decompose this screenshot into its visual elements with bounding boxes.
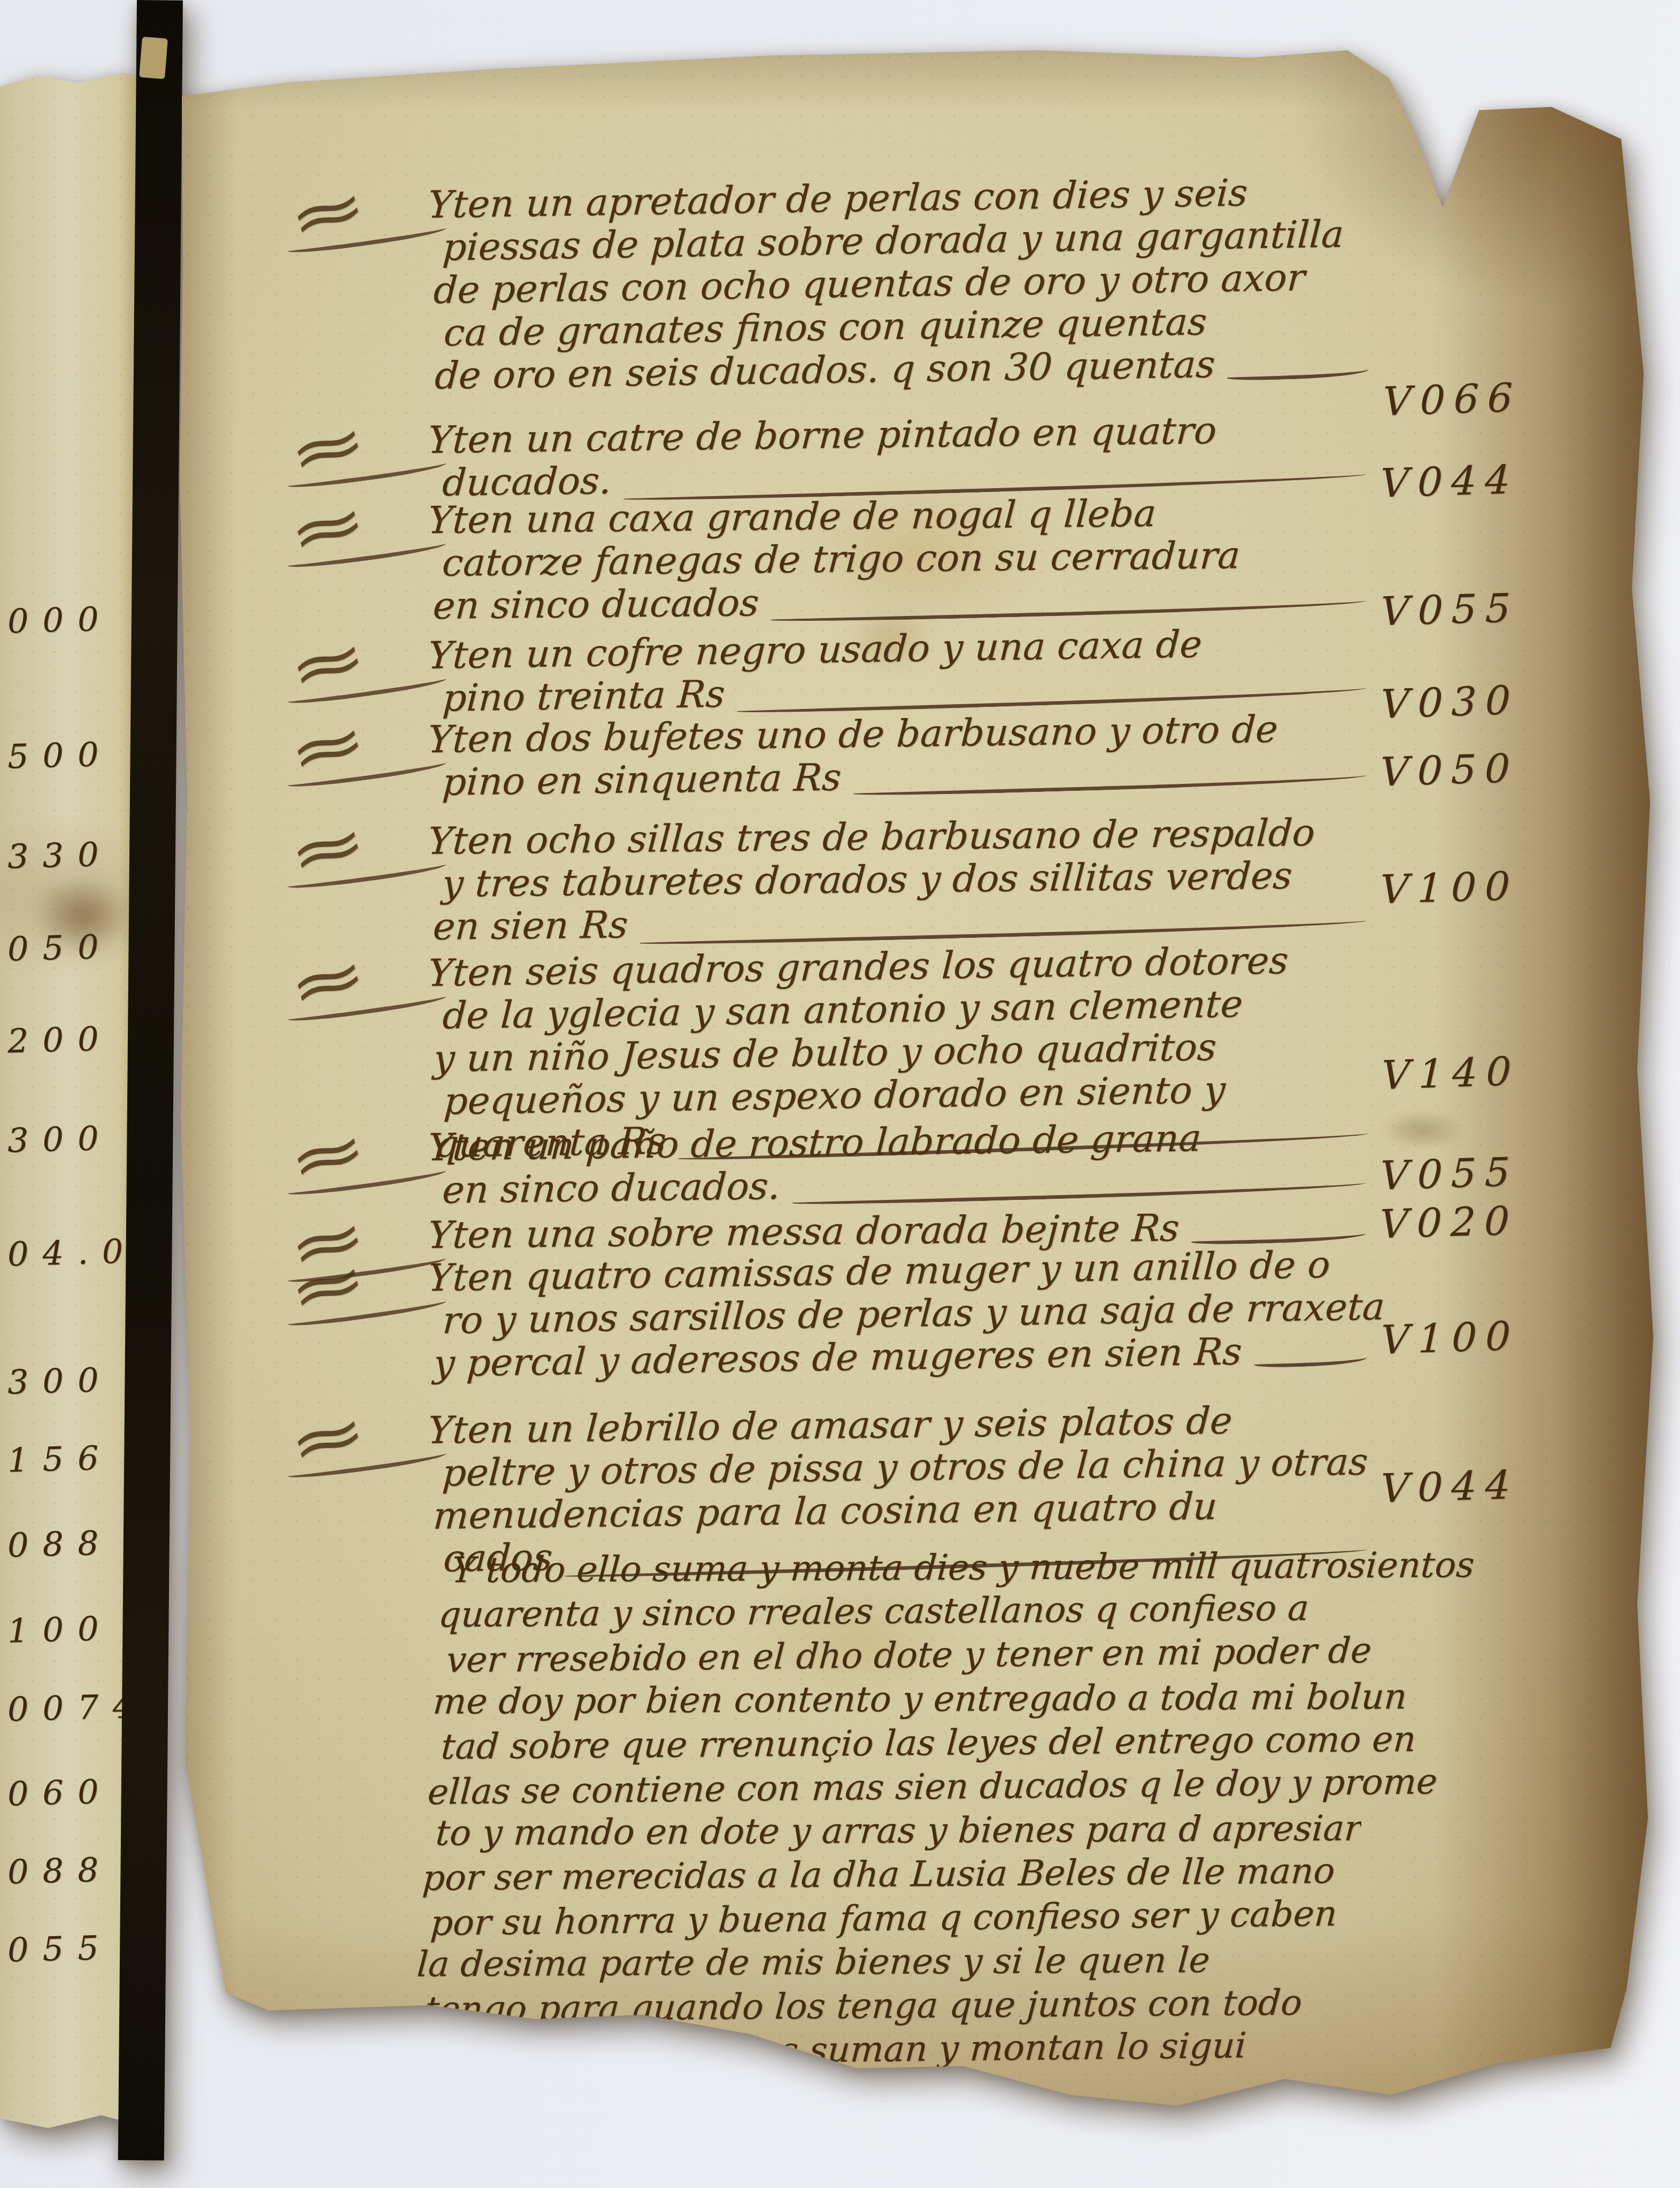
inventory-entry: ≈Yten un apretador de perlas con dies y … — [428, 170, 1372, 397]
margin-amount-number: 100 — [7, 1608, 113, 1650]
closing-paragraph-line: ver rresebido en el dho dote y tener en … — [446, 1630, 1372, 1681]
baseline-rule — [853, 773, 1367, 797]
closing-paragraph-line: tad sobre que rrenunçio las leyes del en… — [441, 1719, 1416, 1767]
entry-amount: V044 — [1380, 457, 1520, 507]
entry-amount: V100 — [1380, 863, 1519, 913]
entry-line: en sinco ducados — [433, 575, 1370, 627]
inventory-entry: ≈Yten ocho sillas tres de barbusano de r… — [428, 811, 1370, 948]
closing-line-text: la desima parte de mis bienes y si le qu… — [417, 1939, 1210, 1985]
manuscript-page: ≈Yten un apretador de perlas con dies y … — [176, 47, 1658, 2122]
entry-amount: V055 — [1380, 1149, 1519, 1199]
closing-line-text: ver rresebido en el dho dote y tener en … — [446, 1630, 1372, 1681]
entry-amount: V050 — [1380, 745, 1519, 796]
inventory-entry: ≈Yten un cofre negro usado y una caxa de… — [428, 620, 1370, 720]
margin-amount-number: 500 — [7, 734, 113, 776]
entry-amount: V140 — [1381, 1048, 1520, 1098]
entry-line-text: en sinco ducados. — [441, 1165, 781, 1212]
entry-line-text: catorze fanegas de trigo con su cerradur… — [441, 534, 1242, 584]
closing-paragraph-line: ellas se contiene con mas sien ducados q… — [428, 1761, 1438, 1813]
margin-amount-number: 088 — [7, 1850, 113, 1891]
inventory-entry: ≈Yten un catre de borne pintado en quatr… — [428, 407, 1370, 504]
baseline-rule — [792, 1180, 1366, 1206]
closing-line-text: me doy por bien contento y entregado a t… — [433, 1676, 1407, 1722]
margin-amount-number: 088 — [7, 1523, 113, 1565]
closing-line-text: tad sobre que rrenunçio las leyes del en… — [441, 1719, 1416, 1767]
closing-paragraph-line: to y mando en dote y arras y bienes para… — [436, 1807, 1361, 1853]
closing-paragraph-line: arriba dotales y arras suman y montan lo… — [412, 2025, 1247, 2075]
manuscript-scan: 00050033005020030004.0300156088100007406… — [0, 0, 1680, 2188]
inventory-entry: ≈Yten una caxa grande de nogal q llebaca… — [428, 490, 1370, 627]
closing-paragraph-line: quarenta y sinco rreales castellanos q c… — [438, 1588, 1309, 1636]
baseline-rule — [770, 598, 1367, 623]
inventory-entry: ≈Yten un paño de rostro labrado de grana… — [428, 1114, 1370, 1211]
closing-paragraph-line: Y todo ello suma y monta dies y nuebe mi… — [452, 1544, 1475, 1591]
entry-amount: V020 — [1379, 1198, 1519, 1247]
closing-paragraph-line: me doy por bien contento y entregado a t… — [433, 1676, 1407, 1722]
closing-paragraph-line: por ser merecidas a la dha Lusia Beles d… — [422, 1850, 1335, 1898]
entry-amount: V100 — [1381, 1313, 1520, 1363]
entry-amount: V055 — [1380, 585, 1520, 635]
baseline-rule — [1227, 367, 1369, 381]
closing-line-text: por ser merecidas a la dha Lusia Beles d… — [422, 1850, 1335, 1898]
closing-line-text: arriba dotales y arras suman y montan lo… — [412, 2025, 1247, 2075]
closing-line-text: tengo para quando los tenga que juntos c… — [425, 1982, 1303, 2030]
closing-line-text: ellas se contiene con mas sien ducados q… — [428, 1761, 1438, 1813]
entry-line-text: en sinco ducados — [432, 581, 760, 627]
margin-amount-number: 050 — [7, 927, 113, 968]
margin-amount-number: 04.0 — [7, 1231, 137, 1274]
entry-amount: V066 — [1382, 374, 1521, 425]
closing-paragraph-line: la desima parte de mis bienes y si le qu… — [417, 1939, 1210, 1985]
closing-line-text: quarenta y sinco rreales castellanos q c… — [438, 1588, 1309, 1636]
entry-line-text: Yten un catre de borne pintado en quatro — [427, 409, 1217, 461]
handwritten-text-layer: ≈Yten un apretador de perlas con dies y … — [176, 47, 1658, 2122]
closing-paragraph-line: por su honrra y buena fama q confieso se… — [430, 1893, 1337, 1944]
margin-amount-number: 060 — [7, 1771, 113, 1813]
entry-line-text: pino en sinquenta Rs — [441, 756, 843, 804]
margin-amount-number: 000 — [7, 599, 113, 641]
margin-amount-number: 300 — [7, 1118, 113, 1160]
entry-line: catorze fanegas de trigo con su cerradur… — [442, 533, 1370, 584]
entry-amount: V044 — [1380, 1462, 1520, 1512]
margin-amount-number: 156 — [7, 1438, 113, 1480]
entry-line-text: Yten un paño de rostro labrado de grana — [427, 1116, 1203, 1169]
entry-line-text: y tres taburetes dorados y dos sillitas … — [441, 854, 1293, 905]
closing-line-text: Y todo ello suma y monta dies y nuebe mi… — [452, 1544, 1475, 1591]
entry-line-text: pino treinta Rs — [442, 673, 726, 720]
closing-paragraph-line: tengo para quando los tenga que juntos c… — [425, 1982, 1303, 2030]
baseline-rule — [1254, 1354, 1368, 1368]
margin-amount-number: 330 — [7, 834, 113, 876]
margin-amount-number: 055 — [7, 1928, 113, 1969]
inventory-entry: ≈Yten dos bufetes uno de barbusano y otr… — [428, 706, 1370, 803]
inventory-entry: ≈Yten quatro camissas de muger y un anil… — [428, 1243, 1370, 1385]
entry-amount: V030 — [1380, 677, 1519, 727]
paper-fragment — [139, 37, 168, 80]
margin-amount-number: 200 — [7, 1019, 113, 1060]
closing-line-text: por su honrra y buena fama q confieso se… — [430, 1893, 1337, 1944]
entry-line: y tres taburetes dorados y dos sillitas … — [442, 853, 1370, 905]
entry-line-text: en sien Rs — [432, 903, 629, 948]
margin-amount-number: 300 — [7, 1360, 113, 1401]
entry-line-text: menudencias para la cosina en quatro du — [432, 1485, 1219, 1537]
closing-line-text: to y mando en dote y arras y bienes para… — [436, 1807, 1361, 1853]
entry-line-text: Yten una caxa grande de nogal q lleba — [427, 492, 1158, 542]
